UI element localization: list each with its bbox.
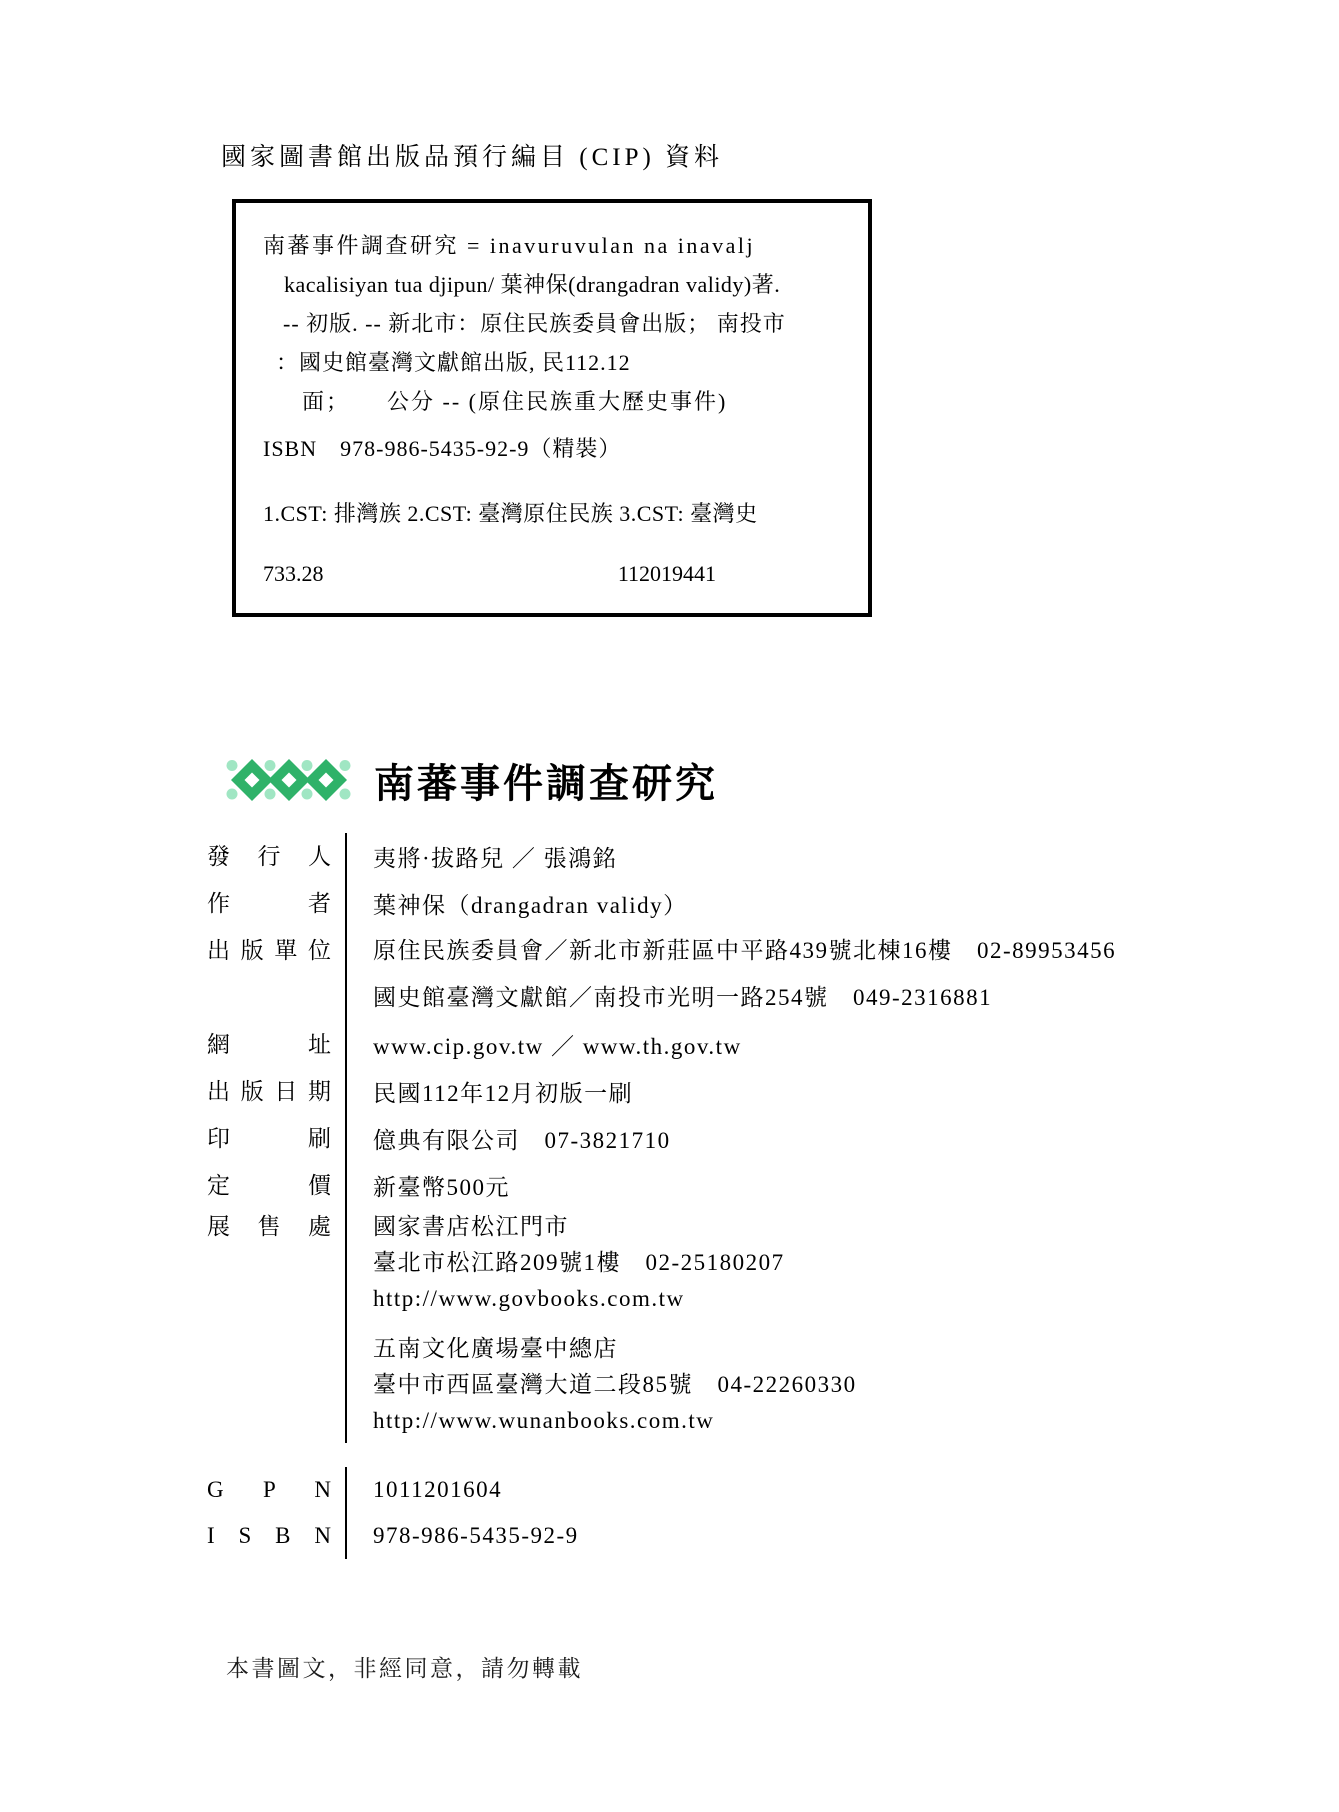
cip-title-line: 南蕃事件調查研究 = inavuruvulan na inavalj (263, 226, 852, 265)
colophon-row-gpn: G P N 1011201604 (207, 1467, 1167, 1513)
publishing-unit-line-1: 原住民族委員會／新北市新莊區中平路439號北棟16樓 02-89953456 (373, 927, 1167, 974)
row-label: 網址 (207, 1031, 331, 1059)
copyright-notice: 本書圖文，非經同意，請勿轉載 (226, 1650, 583, 1683)
row-value: www.cip.gov.tw ／ www.th.gov.tw (345, 1021, 1167, 1068)
shop-1-url: http://www.govbooks.com.tw (373, 1281, 1167, 1317)
row-label: 印刷 (207, 1125, 331, 1153)
shop-1-address: 臺北市松江路209號1樓 02-25180207 (373, 1245, 1167, 1281)
colophon-row-sales-outlets: 展售處 國家書店松江門市 臺北市松江路209號1樓 02-25180207 ht… (207, 1209, 1167, 1443)
cip-heading: 國家圖書館出版品預行編目 (CIP) 資料 (221, 137, 723, 173)
cip-subjects-line: 1.CST: 排灣族 2.CST: 臺灣原住民族 3.CST: 臺灣史 (263, 494, 852, 533)
row-value: 民國112年12月初版一刷 (345, 1068, 1167, 1115)
colophon-row-isbn: I S B N 978-986-5435-92-9 (207, 1513, 1167, 1559)
book-title: 南蕃事件調查研究 (374, 752, 718, 809)
colophon-row-website: 網址 www.cip.gov.tw ／ www.th.gov.tw (207, 1021, 1167, 1068)
title-block: 南蕃事件調查研究 (226, 752, 718, 808)
row-value: 978-986-5435-92-9 (345, 1513, 1167, 1559)
row-label: G P N (207, 1476, 331, 1504)
shop-2-url: http://www.wunanbooks.com.tw (373, 1403, 1167, 1439)
row-value: 億典有限公司 07-3821710 (345, 1115, 1167, 1162)
colophon-row-author: 作者 葉神保（drangadran validy） (207, 880, 1167, 927)
book-colophon-page: 國家圖書館出版品預行編目 (CIP) 資料 南蕃事件調查研究 = inavuru… (0, 0, 1339, 1812)
cip-numbers-row: 733.28 112019441 (263, 554, 852, 593)
colophon-row-publisher-person: 發行人 夷將·拔路兒 ／ 張鴻銘 (207, 833, 1167, 880)
row-label: 定價 (207, 1172, 331, 1200)
row-value: 國家書店松江門市 臺北市松江路209號1樓 02-25180207 http:/… (345, 1209, 1167, 1443)
colophon-row-price: 定價 新臺幣500元 (207, 1162, 1167, 1209)
row-label: 發行人 (207, 843, 331, 871)
row-label: I S B N (207, 1522, 331, 1550)
series-diamond-logo-icon (226, 758, 353, 802)
cip-collation-line: 面； 公分 -- (原住民族重大歷史事件) (263, 382, 852, 421)
colophon-row-publishing-unit: 出版單位 原住民族委員會／新北市新莊區中平路439號北棟16樓 02-89953… (207, 927, 1167, 1021)
row-value: 新臺幣500元 (345, 1162, 1167, 1209)
shop-1-name: 國家書店松江門市 (373, 1209, 1167, 1245)
row-label: 出版單位 (207, 927, 331, 974)
cip-record-number: 112019441 (618, 554, 716, 593)
colophon-table: 發行人 夷將·拔路兒 ／ 張鴻銘 作者 葉神保（drangadran valid… (207, 833, 1167, 1559)
cip-isbn-line: ISBN 978-986-5435-92-9（精裝） (263, 429, 852, 468)
row-label: 作者 (207, 890, 331, 918)
publishing-unit-line-2: 國史館臺灣文獻館／南投市光明一路254號 049-2316881 (373, 974, 1167, 1021)
shop-2-name: 五南文化廣場臺中總店 (373, 1331, 1167, 1367)
row-value: 葉神保（drangadran validy） (345, 880, 1167, 927)
cip-class-number: 733.28 (263, 554, 324, 593)
row-label: 出版日期 (207, 1078, 331, 1106)
colophon-block-gap (207, 1443, 1167, 1467)
row-value: 1011201604 (345, 1467, 1167, 1513)
cip-parallel-title-line: kacalisiyan tua djipun/ 葉神保(drangadran v… (263, 265, 852, 304)
colophon-row-printer: 印刷 億典有限公司 07-3821710 (207, 1115, 1167, 1162)
shop-2-address: 臺中市西區臺灣大道二段85號 04-22260330 (373, 1367, 1167, 1403)
cip-publisher-line: ：國史館臺灣文獻館出版, 民112.12 (263, 343, 852, 382)
cip-record-box: 南蕃事件調查研究 = inavuruvulan na inavalj kacal… (232, 199, 872, 617)
cip-edition-line: -- 初版. -- 新北市：原住民族委員會出版； 南投市 (263, 304, 852, 343)
row-value: 原住民族委員會／新北市新莊區中平路439號北棟16樓 02-89953456 國… (345, 927, 1167, 1021)
row-value: 夷將·拔路兒 ／ 張鴻銘 (345, 833, 1167, 880)
colophon-row-publication-date: 出版日期 民國112年12月初版一刷 (207, 1068, 1167, 1115)
row-label: 展售處 (207, 1209, 331, 1245)
